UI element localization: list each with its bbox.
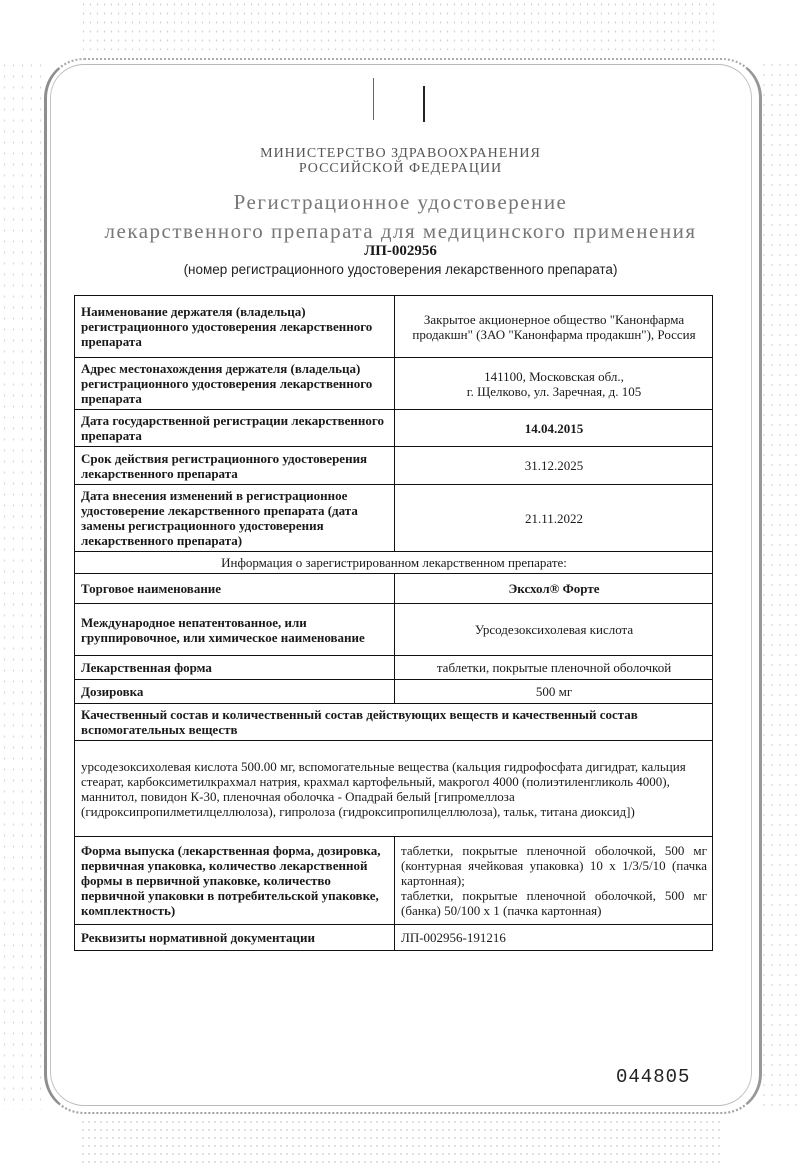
holder-name-value: Закрытое акционерное общество "Канонфарм… bbox=[395, 296, 713, 358]
validity-value: 31.12.2025 bbox=[395, 447, 713, 485]
certificate-title-line2: лекарственного препарата для медицинског… bbox=[0, 219, 801, 243]
amendment-date-label: Дата внесения изменений в регистрационно… bbox=[75, 485, 395, 552]
dosage-value: 500 мг bbox=[395, 680, 713, 704]
holder-address-label: Адрес местонахождения держателя (владель… bbox=[75, 358, 395, 410]
table-row-validity: Срок действия регистрационного удостовер… bbox=[75, 447, 713, 485]
inn-label: Международное непатентованное, или групп… bbox=[75, 604, 395, 656]
normative-docs-label: Реквизиты нормативной документации bbox=[75, 925, 395, 951]
release-form-jar: таблетки, покрытые пленочной оболочкой, … bbox=[401, 888, 707, 918]
certificate-title-line1: Регистрационное удостоверение bbox=[0, 190, 801, 214]
table-row-composition-title: Качественный состав и количественный сос… bbox=[75, 704, 713, 741]
table-row-amendment-date: Дата внесения изменений в регистрационно… bbox=[75, 485, 713, 552]
table-row-holder-address: Адрес местонахождения держателя (владель… bbox=[75, 358, 713, 410]
inn-value: Урсодезоксихолевая кислота bbox=[395, 604, 713, 656]
holder-name-label: Наименование держателя (владельца) регис… bbox=[75, 296, 395, 358]
table-row-dosage-form: Лекарственная форма таблетки, покрытые п… bbox=[75, 656, 713, 680]
scan-noise-left bbox=[0, 60, 42, 1110]
table-row-composition-text: урсодезоксихолевая кислота 500.00 мг, вс… bbox=[75, 741, 713, 837]
validity-label: Срок действия регистрационного удостовер… bbox=[75, 447, 395, 485]
table-row-registration-date: Дата государственной регистрации лекарст… bbox=[75, 410, 713, 447]
scan-noise-bottom bbox=[80, 1118, 720, 1168]
emblem-icon bbox=[373, 72, 425, 124]
amendment-date-value: 21.11.2022 bbox=[395, 485, 713, 552]
dosage-form-label: Лекарственная форма bbox=[75, 656, 395, 680]
composition-title: Качественный состав и количественный сос… bbox=[75, 704, 713, 741]
holder-address-line1: 141100, Московская обл., bbox=[401, 369, 707, 384]
holder-address-line2: г. Щелково, ул. Заречная, д. 105 bbox=[401, 384, 707, 399]
registration-number-caption: (номер регистрационного удостоверения ле… bbox=[0, 262, 801, 277]
scan-noise-top bbox=[80, 0, 720, 50]
table-row-trade-name: Торговое наименование Эксхол® Форте bbox=[75, 574, 713, 604]
normative-docs-value: ЛП-002956-191216 bbox=[395, 925, 713, 951]
trade-name-label: Торговое наименование bbox=[75, 574, 395, 604]
table-row-holder-name: Наименование держателя (владельца) регис… bbox=[75, 296, 713, 358]
dosage-form-value: таблетки, покрытые пленочной оболочкой bbox=[395, 656, 713, 680]
holder-address-value: 141100, Московская обл., г. Щелково, ул.… bbox=[395, 358, 713, 410]
registration-date-value: 14.04.2015 bbox=[395, 410, 713, 447]
scan-noise-right bbox=[760, 60, 801, 1110]
composition-text: урсодезоксихолевая кислота 500.00 мг, вс… bbox=[75, 741, 713, 837]
ministry-name-line2: РОССИЙСКОЙ ФЕДЕРАЦИИ bbox=[0, 160, 801, 177]
table-row-normative-docs: Реквизиты нормативной документации ЛП-00… bbox=[75, 925, 713, 951]
certificate-table: Наименование держателя (владельца) регис… bbox=[74, 295, 713, 951]
registration-date-label: Дата государственной регистрации лекарст… bbox=[75, 410, 395, 447]
registration-number: ЛП-002956 bbox=[0, 243, 801, 260]
trade-name-value: Эксхол® Форте bbox=[395, 574, 713, 604]
info-section-title: Информация о зарегистрированном лекарств… bbox=[75, 552, 713, 574]
release-form-label: Форма выпуска (лекарственная форма, дози… bbox=[75, 837, 395, 925]
release-form-blister: таблетки, покрытые пленочной оболочкой, … bbox=[401, 843, 707, 888]
table-row-dosage: Дозировка 500 мг bbox=[75, 680, 713, 704]
dosage-label: Дозировка bbox=[75, 680, 395, 704]
release-form-value: таблетки, покрытые пленочной оболочкой, … bbox=[395, 837, 713, 925]
document-serial-number: 044805 bbox=[616, 1066, 690, 1088]
table-row-info-section: Информация о зарегистрированном лекарств… bbox=[75, 552, 713, 574]
table-row-release-form: Форма выпуска (лекарственная форма, дози… bbox=[75, 837, 713, 925]
table-row-inn: Международное непатентованное, или групп… bbox=[75, 604, 713, 656]
